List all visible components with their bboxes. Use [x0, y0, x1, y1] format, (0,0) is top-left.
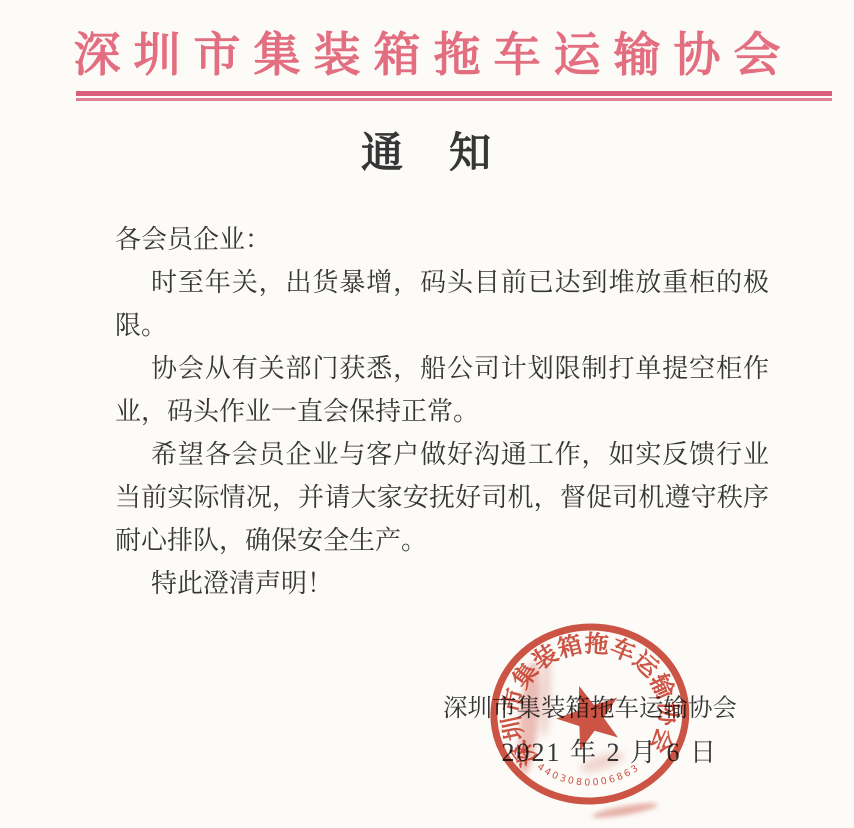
body-paragraph: 时至年关，出货暴增，码头目前已达到堆放重柜的极限。	[115, 261, 769, 347]
seal-star-icon	[549, 675, 630, 754]
document-title: 通 知	[0, 131, 854, 177]
closing-statement: 特此澄清声明！	[115, 562, 769, 605]
seal-graphic: 深圳市集装箱拖车运输协会 4403080006863	[473, 599, 708, 828]
body-paragraph: 希望各会员企业与客户做好沟通工作，如实反馈行业当前实际情况，并请大家安抚好司机，…	[115, 433, 769, 562]
letterhead-double-rule	[76, 91, 832, 101]
letterhead-org-title: 深圳市集装箱拖车运输协会	[0, 31, 854, 83]
official-seal: 深圳市集装箱拖车运输协会 4403080006863	[473, 599, 708, 828]
notice-document: 深圳市集装箱拖车运输协会 通 知 各会员企业： 时至年关，出货暴增，码头目前已达…	[0, 0, 854, 828]
body-paragraph: 协会从有关部门获悉，船公司计划限制打单提空柜作业，码头作业一直会保持正常。	[115, 347, 769, 433]
salutation-line: 各会员企业：	[115, 218, 769, 261]
notice-body: 各会员企业： 时至年关，出货暴增，码头目前已达到堆放重柜的极限。 协会从有关部门…	[115, 218, 769, 605]
